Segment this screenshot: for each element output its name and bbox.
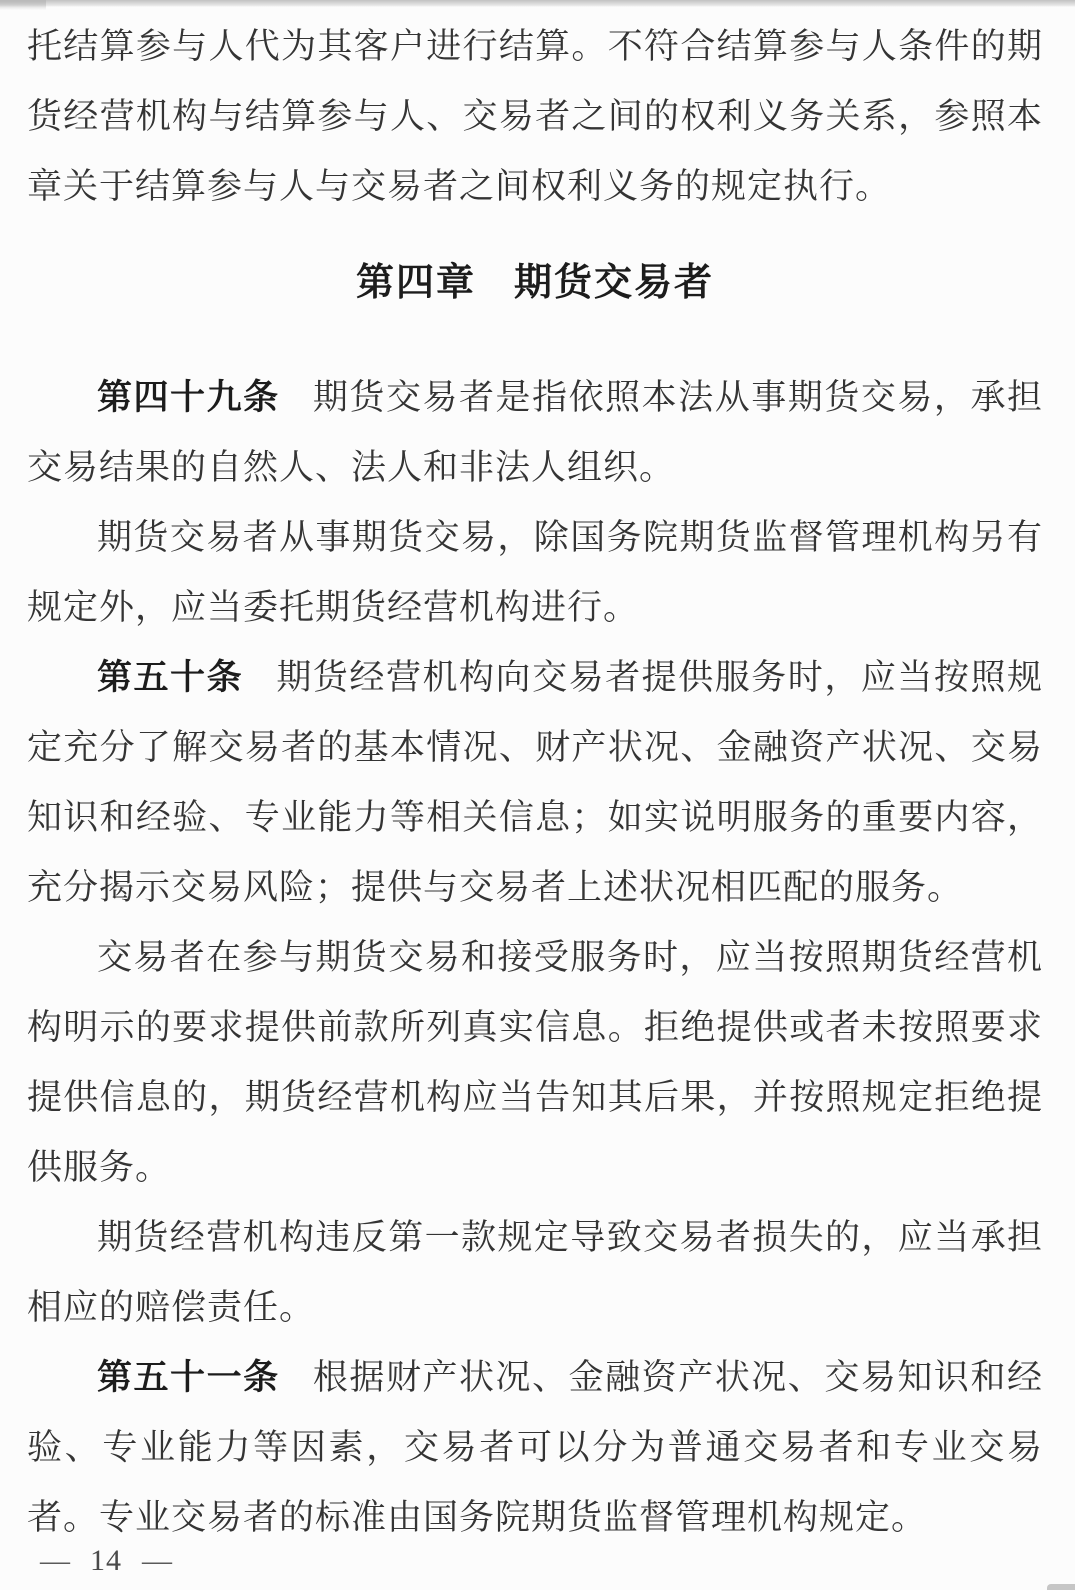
document-content: 托结算参与人代为其客户进行结算。不符合结算参与人条件的期货经营机构与结算参与人、… xyxy=(27,12,1043,1553)
page-number: 14 xyxy=(90,1544,122,1578)
chapter-title: 期货交易者 xyxy=(514,262,714,304)
document-page: 托结算参与人代为其客户进行结算。不符合结算参与人条件的期货经营机构与结算参与人、… xyxy=(0,0,1075,1590)
article-50-paragraph-2: 交易者在参与期货交易和接受服务时，应当按照期货经营机构明示的要求提供前款所列真实… xyxy=(27,923,1043,1203)
page-footer: — 14 — xyxy=(40,1544,172,1578)
footer-dash-right: — xyxy=(142,1544,172,1578)
chapter-heading: 第四章期货交易者 xyxy=(27,248,1043,318)
scan-artifact xyxy=(1047,1584,1075,1590)
scan-top-edge xyxy=(0,0,1075,7)
article-50-number: 第五十条 xyxy=(97,658,243,697)
paragraph-continuation: 托结算参与人代为其客户进行结算。不符合结算参与人条件的期货经营机构与结算参与人、… xyxy=(27,12,1043,222)
article-51-number: 第五十一条 xyxy=(97,1358,280,1397)
scan-corner-shade xyxy=(0,0,46,10)
article-49-number: 第四十九条 xyxy=(97,378,280,417)
article-49-paragraph-2: 期货交易者从事期货交易，除国务院期货监督管理机构另有规定外，应当委托期货经营机构… xyxy=(27,503,1043,643)
footer-dash-left: — xyxy=(40,1544,70,1578)
article-51: 第五十一条根据财产状况、金融资产状况、交易知识和经验、专业能力等因素，交易者可以… xyxy=(27,1343,1043,1553)
article-50-paragraph-3: 期货经营机构违反第一款规定导致交易者损失的，应当承担相应的赔偿责任。 xyxy=(27,1203,1043,1343)
article-50: 第五十条期货经营机构向交易者提供服务时，应当按照规定充分了解交易者的基本情况、财… xyxy=(27,643,1043,923)
chapter-number: 第四章 xyxy=(356,262,476,304)
article-49: 第四十九条期货交易者是指依照本法从事期货交易，承担交易结果的自然人、法人和非法人… xyxy=(27,363,1043,503)
